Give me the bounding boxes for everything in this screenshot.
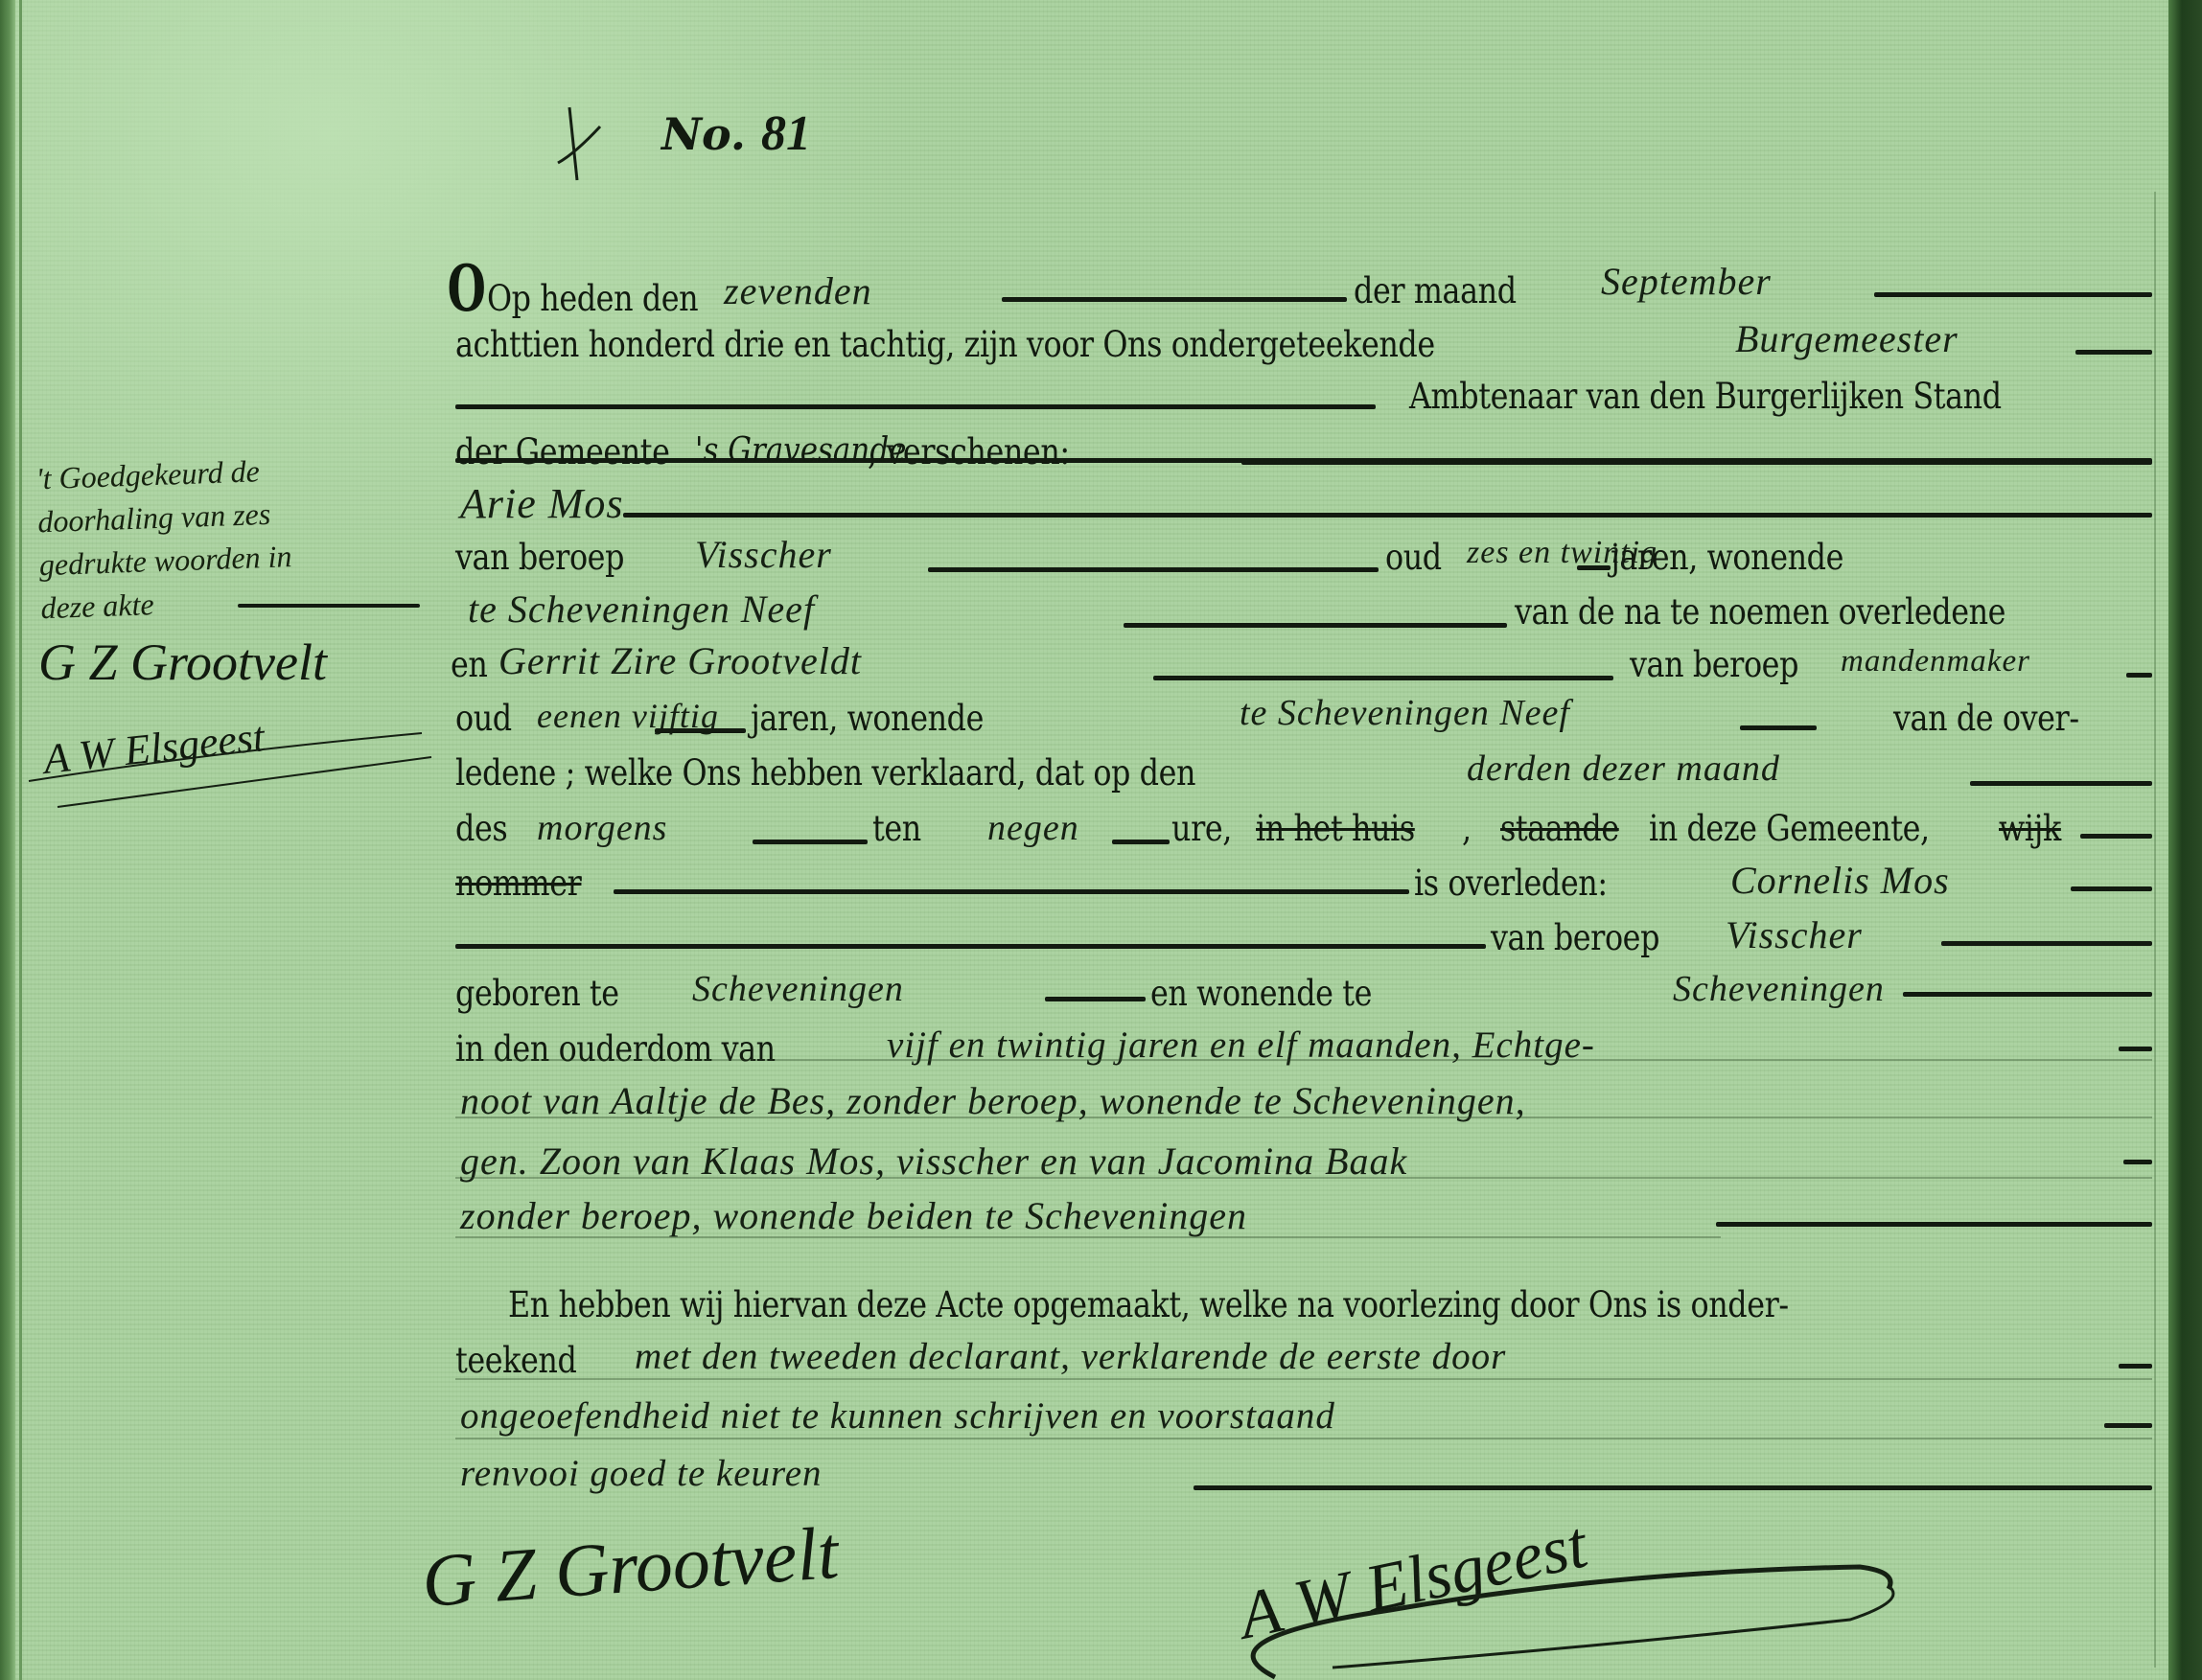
field-time-of-day: morgens <box>537 807 667 849</box>
fill-line <box>1941 941 2152 946</box>
field-declarant-2-name: Gerrit Zire Grootveldt <box>498 638 862 683</box>
struck-text: staande <box>1500 808 1619 849</box>
printed-text: ten <box>872 808 921 849</box>
fill-line <box>2119 1047 2152 1051</box>
printed-text: jaren, wonende <box>751 698 984 739</box>
fill-line <box>1740 725 1817 730</box>
printed-text: Ambtenaar van den Burgerlijken Stand <box>1409 376 2002 417</box>
margin-note-line: deze akte <box>40 583 155 630</box>
fill-line <box>2080 834 2152 839</box>
fill-line <box>455 944 1486 949</box>
field-birthplace: Scheveningen <box>692 968 904 1010</box>
fill-line <box>2104 1423 2152 1428</box>
guide-line <box>455 1438 2152 1439</box>
field-hour: negen <box>987 807 1079 849</box>
signature-flourish-icon <box>19 719 441 815</box>
field-month: September <box>1601 259 1772 304</box>
printed-text: van de over- <box>1893 698 2079 739</box>
printed-text: der Gemeente <box>455 431 670 472</box>
printed-text: Op heden den <box>487 278 698 319</box>
margin-annotation: 't Goedgekeurd de doorhaling van zes ged… <box>35 444 444 631</box>
fill-line <box>1716 1222 2152 1227</box>
fill-line <box>1124 623 1507 628</box>
printed-text: en <box>451 644 487 685</box>
fill-line <box>455 404 1376 409</box>
field-official-title: Burgemeester <box>1735 316 1959 361</box>
guide-line <box>455 1059 2152 1061</box>
field-declarant-1-name: Arie Mos <box>460 479 624 528</box>
line-4: der Gemeente <box>455 431 705 472</box>
fill-line <box>1112 840 1170 844</box>
printed-text: in deze Gemeente, <box>1649 808 1930 849</box>
fill-line <box>1970 781 2152 786</box>
printed-text: teekend <box>455 1340 576 1381</box>
printed-text: geboren te <box>455 973 619 1014</box>
printed-text: , verschenen: <box>868 431 1070 472</box>
book-spine-rule <box>19 0 22 1680</box>
cross-mark-icon <box>556 105 604 182</box>
field-deceased-occupation: Visscher <box>1726 912 1863 957</box>
printed-text: is overleden: <box>1414 863 1608 904</box>
struck-text: wijk <box>1999 808 2061 849</box>
printed-text: ledene ; welke Ons hebben verklaard, dat… <box>455 752 1195 794</box>
field-day: zevenden <box>724 268 872 313</box>
fill-line <box>2075 350 2152 355</box>
signature-flourish-icon <box>1179 1533 2042 1680</box>
fill-line <box>1153 676 1613 680</box>
fill-line <box>1045 997 1146 1001</box>
field-closing-remarks-2: ongeoefendheid niet te kunnen schrijven … <box>460 1394 1335 1438</box>
fill-line <box>2119 1364 2152 1369</box>
fill-line <box>2123 1160 2152 1164</box>
field-date-of-death: derden dezer maand <box>1467 748 1780 790</box>
fill-line <box>928 567 1379 572</box>
field-declarant-2-occupation: mandenmaker <box>1841 644 2030 679</box>
fill-line <box>614 889 1409 894</box>
initial-letter: O <box>448 257 486 320</box>
printed-text: des <box>455 808 507 849</box>
printed-text: achttien honderd drie en tachtig, zijn v… <box>455 324 1435 365</box>
printed-text: in den ouderdom van <box>455 1028 776 1070</box>
fill-line <box>1577 565 1611 570</box>
field-residence: Scheveningen <box>1673 968 1885 1010</box>
fill-line <box>1194 1485 2152 1490</box>
margin-signature-declarant: G Z Grootvelt <box>38 633 327 692</box>
signature-declarant: G Z Grootvelt <box>419 1509 841 1624</box>
fill-line <box>1874 292 2152 297</box>
struck-text: nommer <box>455 863 581 904</box>
margin-note-rule <box>238 604 420 608</box>
fill-line <box>2126 673 2152 678</box>
printed-text: van beroep <box>1491 917 1659 958</box>
printed-text: ure, <box>1171 808 1232 849</box>
fill-line <box>623 513 2152 518</box>
printed-text: jaren, wonende <box>1611 537 1843 578</box>
fill-line <box>655 728 746 733</box>
field-declarant-2-residence-relation: te Scheveningen Neef <box>1240 692 1570 734</box>
printed-text: der maand <box>1354 270 1517 311</box>
printed-text: , <box>1462 808 1472 849</box>
record-number-value: 81 <box>761 106 811 161</box>
fill-line <box>1002 297 1347 302</box>
field-parents-residence: zonder beroep, wonende beiden te Scheven… <box>460 1193 1247 1238</box>
guide-line <box>455 1177 2152 1179</box>
printed-text: oud <box>1385 537 1442 578</box>
printed-text: van beroep <box>1630 644 1798 685</box>
page-margin-rule <box>2154 192 2156 1668</box>
printed-text: oud <box>455 698 512 739</box>
struck-text: in het huis <box>1256 808 1415 849</box>
fill-line <box>2071 886 2152 891</box>
printed-text: van beroep <box>455 537 624 578</box>
record-number: No. 81 <box>661 105 811 162</box>
page-edge-right <box>2168 0 2202 1680</box>
field-closing-remarks-1: met den tweeden declarant, verklarende d… <box>635 1335 1506 1378</box>
field-declarant-1-occupation: Visscher <box>695 532 832 577</box>
printed-text: En hebben wij hiervan deze Acte opgemaak… <box>508 1284 1789 1325</box>
guide-line <box>455 1116 2152 1118</box>
printed-text: van de na te noemen overledene <box>1515 591 2005 633</box>
book-spine-left <box>0 0 15 1680</box>
guide-line <box>455 1236 1721 1238</box>
guide-line <box>455 1378 2152 1380</box>
field-deceased-name: Cornelis Mos <box>1730 858 1950 903</box>
record-number-prefix: No. <box>661 108 746 160</box>
printed-text: en wonende te <box>1150 973 1372 1014</box>
fill-line <box>1903 992 2152 997</box>
fill-line <box>753 840 868 844</box>
field-closing-remarks-3: renvooi goed te keuren <box>460 1452 823 1495</box>
fill-line <box>1241 460 2152 465</box>
field-declarant-1-residence-relation: te Scheveningen Neef <box>468 587 815 632</box>
